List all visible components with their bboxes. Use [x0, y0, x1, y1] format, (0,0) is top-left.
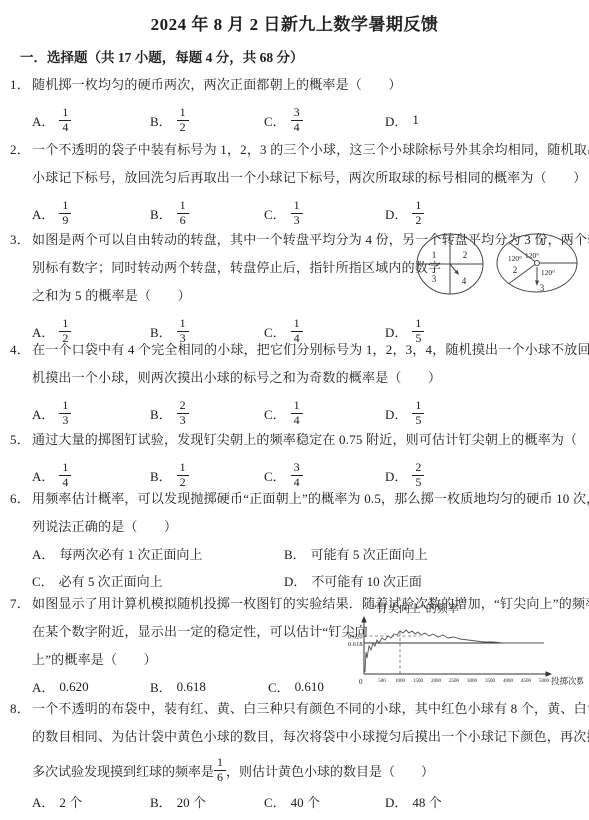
question-number: 2．: [10, 136, 32, 164]
option-b: B．20 个: [150, 792, 264, 811]
question-number: 8．: [10, 695, 32, 723]
question-number: 3．: [10, 226, 32, 254]
x-tick-label: 2500: [449, 679, 460, 684]
question-6: 6．用频率估计概率，可以发现抛掷硬币“正面朝上”的概率为 0.5，那么掷一枚质地…: [10, 485, 583, 595]
option-d: D．1: [385, 111, 419, 130]
option-c: C．13: [264, 199, 385, 227]
question-line: 1．随机掷一枚均匀的硬币两次，两次正面都朝上的概率是（ ）: [10, 71, 583, 99]
x-axis-title: 投掷次数: [551, 676, 583, 686]
question-line: 的数目相同、为估计袋中黄色小球的数目，每次将袋中小球搅匀后摸出一个小球记下颜色，…: [10, 723, 583, 751]
fraction: 12: [177, 106, 189, 134]
svg-text:2: 2: [513, 265, 518, 275]
frequency-chart-plot: 0.620 0.618 0 500 1000 1500 2000 2500 30…: [348, 616, 583, 690]
question-2: 2．一个不透明的袋子中装有标号为 1，2，3 的三个小球，这三个小球除标号外其余…: [10, 136, 583, 232]
question-line: 8．一个不透明的布袋中，装有红、黄、白三种只有颜色不同的小球，其中红色小球有 8…: [10, 695, 583, 723]
option-c: C．34: [264, 106, 385, 134]
svg-text:120°: 120°: [508, 254, 522, 263]
spinner-2: 1 120° 120° 2 120° 3: [495, 232, 581, 294]
fraction-numerator: 1: [59, 106, 71, 119]
question-line: 4．在一个口袋中有 4 个完全相同的小球，把它们分别标号为 1，2，3，4，随机…: [10, 336, 583, 364]
question-line: 2．一个不透明的袋子中装有标号为 1，2，3 的三个小球，这三个小球除标号外其余…: [10, 136, 583, 164]
question-number: 4．: [10, 336, 32, 364]
question-line: 在某个数字附近，显示出一定的稳定性，可以估计“钉尖向: [10, 618, 378, 646]
frequency-curve: [365, 630, 544, 672]
fraction: 34: [291, 106, 303, 134]
svg-text:4: 4: [462, 276, 467, 286]
pointer-arrow-icon: [535, 267, 539, 286]
question-1: 1．随机掷一枚均匀的硬币两次，两次正面都朝上的概率是（ ） A．14 B．12 …: [10, 71, 583, 139]
fraction: 16: [214, 756, 226, 784]
svg-text:1: 1: [432, 250, 437, 260]
option-a: A．每两次必有 1 次正面向上: [32, 541, 284, 568]
x-tick-label: 3000: [467, 679, 478, 684]
question-line: 多次试验发现摸到红球的频率是16，则估计黄色小球的数目是（ ）: [10, 751, 583, 789]
question-number: 7．: [10, 590, 32, 618]
x-tick-label: 3500: [485, 679, 496, 684]
question-8: 8．一个不透明的布袋中，装有红、黄、白三种只有颜色不同的小球，其中红色小球有 8…: [10, 695, 583, 811]
svg-text:1: 1: [540, 237, 545, 247]
option-d: D．12: [385, 199, 424, 227]
option-b: B．12: [150, 106, 264, 134]
option-b: B．16: [150, 199, 264, 227]
x-tick-label: 4500: [521, 679, 532, 684]
x-tick-label: 2000: [431, 679, 442, 684]
svg-text:3: 3: [432, 274, 437, 284]
options-row: A．14 B．12 C．34 D．1: [10, 101, 583, 139]
option-a: A．0.620: [32, 677, 150, 696]
spinner-axle: [535, 261, 540, 266]
question-line: 列说法正确的是（ ）: [10, 513, 583, 541]
x-tick-label: 500: [378, 679, 386, 684]
y-axis-arrow-icon: [361, 616, 367, 623]
question-number: 6．: [10, 485, 32, 513]
option-b: B．23: [150, 399, 264, 427]
question-line: 6．用频率估计概率，可以发现抛掷硬币“正面朝上”的概率为 0.5，那么掷一枚质地…: [10, 485, 583, 513]
option-b: B．可能有 5 次正面向上: [284, 541, 536, 568]
question-line: 5．通过大量的掷图钉试验，发现钉尖朝上的频率稳定在 0.75 附近，则可估计钉尖…: [10, 426, 583, 454]
option-d: D．15: [385, 399, 424, 427]
option-c: C．14: [264, 399, 385, 427]
pointer-arrow-icon: [450, 264, 459, 275]
option-a: A．14: [32, 106, 150, 134]
fraction-denominator: 4: [59, 120, 71, 134]
question-5: 5．通过大量的掷图钉试验，发现钉尖朝上的频率稳定在 0.75 附近，则可估计钉尖…: [10, 426, 583, 494]
options-row: A．2 个 B．20 个 C．40 个 D．48 个: [10, 792, 583, 811]
svg-text:3: 3: [540, 283, 545, 293]
svg-text:120°: 120°: [541, 268, 555, 277]
y-tick-label: 0.620: [348, 634, 363, 641]
x-tick-label: 1000: [395, 679, 406, 684]
y-tick-label: 0.618: [348, 641, 363, 648]
option-d: D．48 个: [385, 792, 442, 811]
svg-text:120°: 120°: [525, 251, 539, 260]
page-title: 2024 年 8 月 2 日新九上数学暑期反馈: [0, 10, 589, 35]
option-a: A．13: [32, 399, 150, 427]
x-tick-label: 1500: [413, 679, 424, 684]
x-tick-label: 5000: [539, 679, 550, 684]
question-3: 3．如图是两个可以自由转动的转盘，其中一个转盘平均分为 4 份，另一个转盘平均分…: [10, 226, 583, 350]
option-c: C．40 个: [264, 792, 385, 811]
question-line: 机摸出一个小球，则两次摸出小球的标号之和为奇数的概率是（ ）: [10, 364, 583, 392]
question-line: 别标有数字；同时转动两个转盘，转盘停止后，指针所指区域内的数字: [10, 254, 444, 282]
svg-text:2: 2: [463, 250, 468, 260]
question-line: 小球记下标号，放回洗匀后再取出一个小球记下标号，两次所取球的标号相同的概率为（ …: [10, 164, 583, 192]
section-header: 一．选择题（共 17 小题，每题 4 分，共 68 分）: [20, 46, 581, 66]
fraction: 14: [59, 106, 71, 134]
option-c: C．0.610: [268, 677, 324, 696]
question-text: 随机掷一枚均匀的硬币两次，两次正面都朝上的概率是（ ）: [32, 77, 402, 92]
question-number: 1．: [10, 71, 32, 99]
options-row: A．每两次必有 1 次正面向上 B．可能有 5 次正面向上: [10, 541, 583, 568]
chart-title: “钉尖向上”的频率: [348, 602, 583, 616]
option-b: B．0.618: [150, 677, 268, 696]
frequency-chart: “钉尖向上”的频率 0.620 0.618 0 500 1000: [348, 602, 583, 690]
question-4: 4．在一个口袋中有 4 个完全相同的小球，把它们分别标号为 1，2，3，4，随机…: [10, 336, 583, 432]
x-tick-label: 4000: [503, 679, 514, 684]
question-line: 之和为 5 的概率是（ ）: [10, 282, 444, 310]
option-a: A．19: [32, 199, 150, 227]
document-page: 2024 年 8 月 2 日新九上数学暑期反馈 一．选择题（共 17 小题，每题…: [0, 0, 589, 820]
question-number: 5．: [10, 426, 32, 454]
spinner-figure: 1 2 3 4 1 120° 120° 2 120° 3: [415, 232, 581, 296]
option-text: 1: [412, 112, 419, 128]
spinner-1: 1 2 3 4: [415, 232, 485, 296]
origin-label: 0: [359, 678, 363, 686]
option-a: A．2 个: [32, 792, 150, 811]
question-7: 7．如图显示了用计算机模拟随机投掷一枚图钉的实验结果．随着试验次数的增加，“钉尖…: [10, 590, 583, 696]
question-line: 上”的概率是（ ）: [10, 646, 378, 674]
